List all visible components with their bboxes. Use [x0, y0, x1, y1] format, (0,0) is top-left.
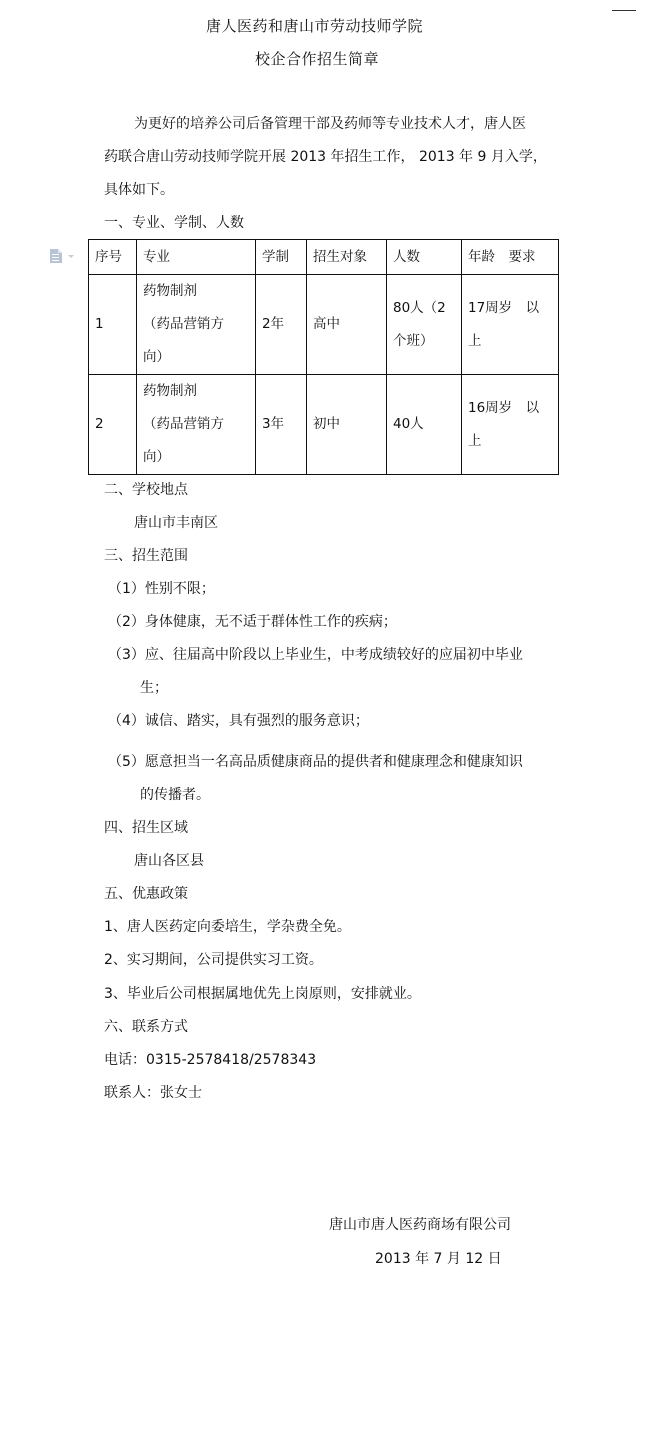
header-count: 人数 — [387, 240, 462, 275]
signature-company: 唐山市唐人医药商场有限公司 — [329, 1216, 511, 1234]
requirement-item: （4）诚信、踏实，具有强烈的服务意识； — [108, 712, 369, 730]
page-corner-mark — [612, 10, 636, 11]
major-line: （药品营销方 — [143, 408, 249, 441]
enrollment-table: 序号 专业 学制 招生对象 人数 年龄 要求 1 药物制剂 （药品营销方 向） … — [88, 239, 559, 475]
cell-major: 药物制剂 （药品营销方 向） — [137, 375, 256, 475]
requirement-item: （3）应、往届高中阶段以上毕业生，中考成绩较好的应届初中毕业 — [108, 646, 523, 664]
major-line: 向） — [143, 341, 249, 374]
table-row: 1 药物制剂 （药品营销方 向） 2年 高中 80人（2 个班） 17周岁 以 … — [89, 275, 559, 375]
major-line: （药品营销方 — [143, 308, 249, 341]
requirement-item-cont: 的传播者。 — [140, 786, 210, 804]
cell-target: 初中 — [307, 375, 387, 475]
cell-index: 2 — [89, 375, 137, 475]
document-icon — [48, 248, 78, 264]
table-header-row: 序号 专业 学制 招生对象 人数 年龄 要求 — [89, 240, 559, 275]
major-line: 药物制剂 — [143, 275, 249, 308]
signature-date: 2013 年 7 月 12 日 — [375, 1250, 502, 1268]
header-target: 招生对象 — [307, 240, 387, 275]
age-line: 16周岁 以 — [468, 392, 552, 425]
cell-duration: 2年 — [256, 275, 307, 375]
major-line: 向） — [143, 441, 249, 474]
cell-age: 17周岁 以 上 — [462, 275, 559, 375]
section-6-heading: 六、联系方式 — [104, 1018, 188, 1036]
section-5-heading: 五、优惠政策 — [104, 885, 188, 903]
count-line: 个班） — [393, 325, 455, 358]
requirement-item: （5）愿意担当一名高品质健康商品的提供者和健康理念和健康知识 — [108, 753, 523, 771]
cell-duration: 3年 — [256, 375, 307, 475]
section-1-heading: 一、专业、学制、人数 — [104, 214, 244, 232]
contact-phone: 电话：0315-2578418/2578343 — [104, 1051, 316, 1069]
count-line: 40人 — [393, 408, 455, 441]
header-duration: 学制 — [256, 240, 307, 275]
section-2-heading: 二、学校地点 — [104, 481, 188, 499]
cell-target: 高中 — [307, 275, 387, 375]
requirement-item-cont: 生； — [140, 679, 168, 697]
table-row: 2 药物制剂 （药品营销方 向） 3年 初中 40人 16周岁 以 上 — [89, 375, 559, 475]
requirement-item: （2）身体健康，无不适于群体性工作的疾病； — [108, 613, 397, 631]
cell-major: 药物制剂 （药品营销方 向） — [137, 275, 256, 375]
contact-person: 联系人：张女士 — [104, 1084, 202, 1102]
cell-count: 40人 — [387, 375, 462, 475]
document-title: 唐人医药和唐山市劳动技师学院 — [206, 17, 423, 35]
header-age: 年龄 要求 — [462, 240, 559, 275]
intro-line-3: 具体如下。 — [104, 181, 174, 199]
intro-line-1: 为更好的培养公司后备管理干部及药师等专业技术人才，唐人医 — [134, 115, 526, 133]
policy-item: 2、实习期间，公司提供实习工资。 — [104, 951, 323, 969]
requirement-item: （1）性别不限； — [108, 580, 215, 598]
policy-item: 1、唐人医药定向委培生，学杂费全免。 — [104, 918, 351, 936]
cell-count: 80人（2 个班） — [387, 275, 462, 375]
section-3-heading: 三、招生范围 — [104, 547, 188, 565]
cell-age: 16周岁 以 上 — [462, 375, 559, 475]
enrollment-region: 唐山各区县 — [134, 852, 204, 870]
section-4-heading: 四、招生区域 — [104, 819, 188, 837]
document-subtitle: 校企合作招生简章 — [255, 50, 379, 68]
intro-line-2: 药联合唐山劳动技师学院开展 2013 年招生工作， 2013 年 9 月入学， — [104, 148, 547, 166]
age-line: 上 — [468, 325, 552, 358]
school-location: 唐山市丰南区 — [134, 514, 218, 532]
count-line: 80人（2 — [393, 292, 455, 325]
cell-index: 1 — [89, 275, 137, 375]
header-major: 专业 — [137, 240, 256, 275]
paragraph-handle[interactable] — [48, 248, 78, 264]
policy-item: 3、毕业后公司根据属地优先上岗原则，安排就业。 — [104, 985, 421, 1003]
header-index: 序号 — [89, 240, 137, 275]
chevron-down-icon — [68, 255, 74, 258]
major-line: 药物制剂 — [143, 375, 249, 408]
age-line: 17周岁 以 — [468, 292, 552, 325]
age-line: 上 — [468, 425, 552, 458]
